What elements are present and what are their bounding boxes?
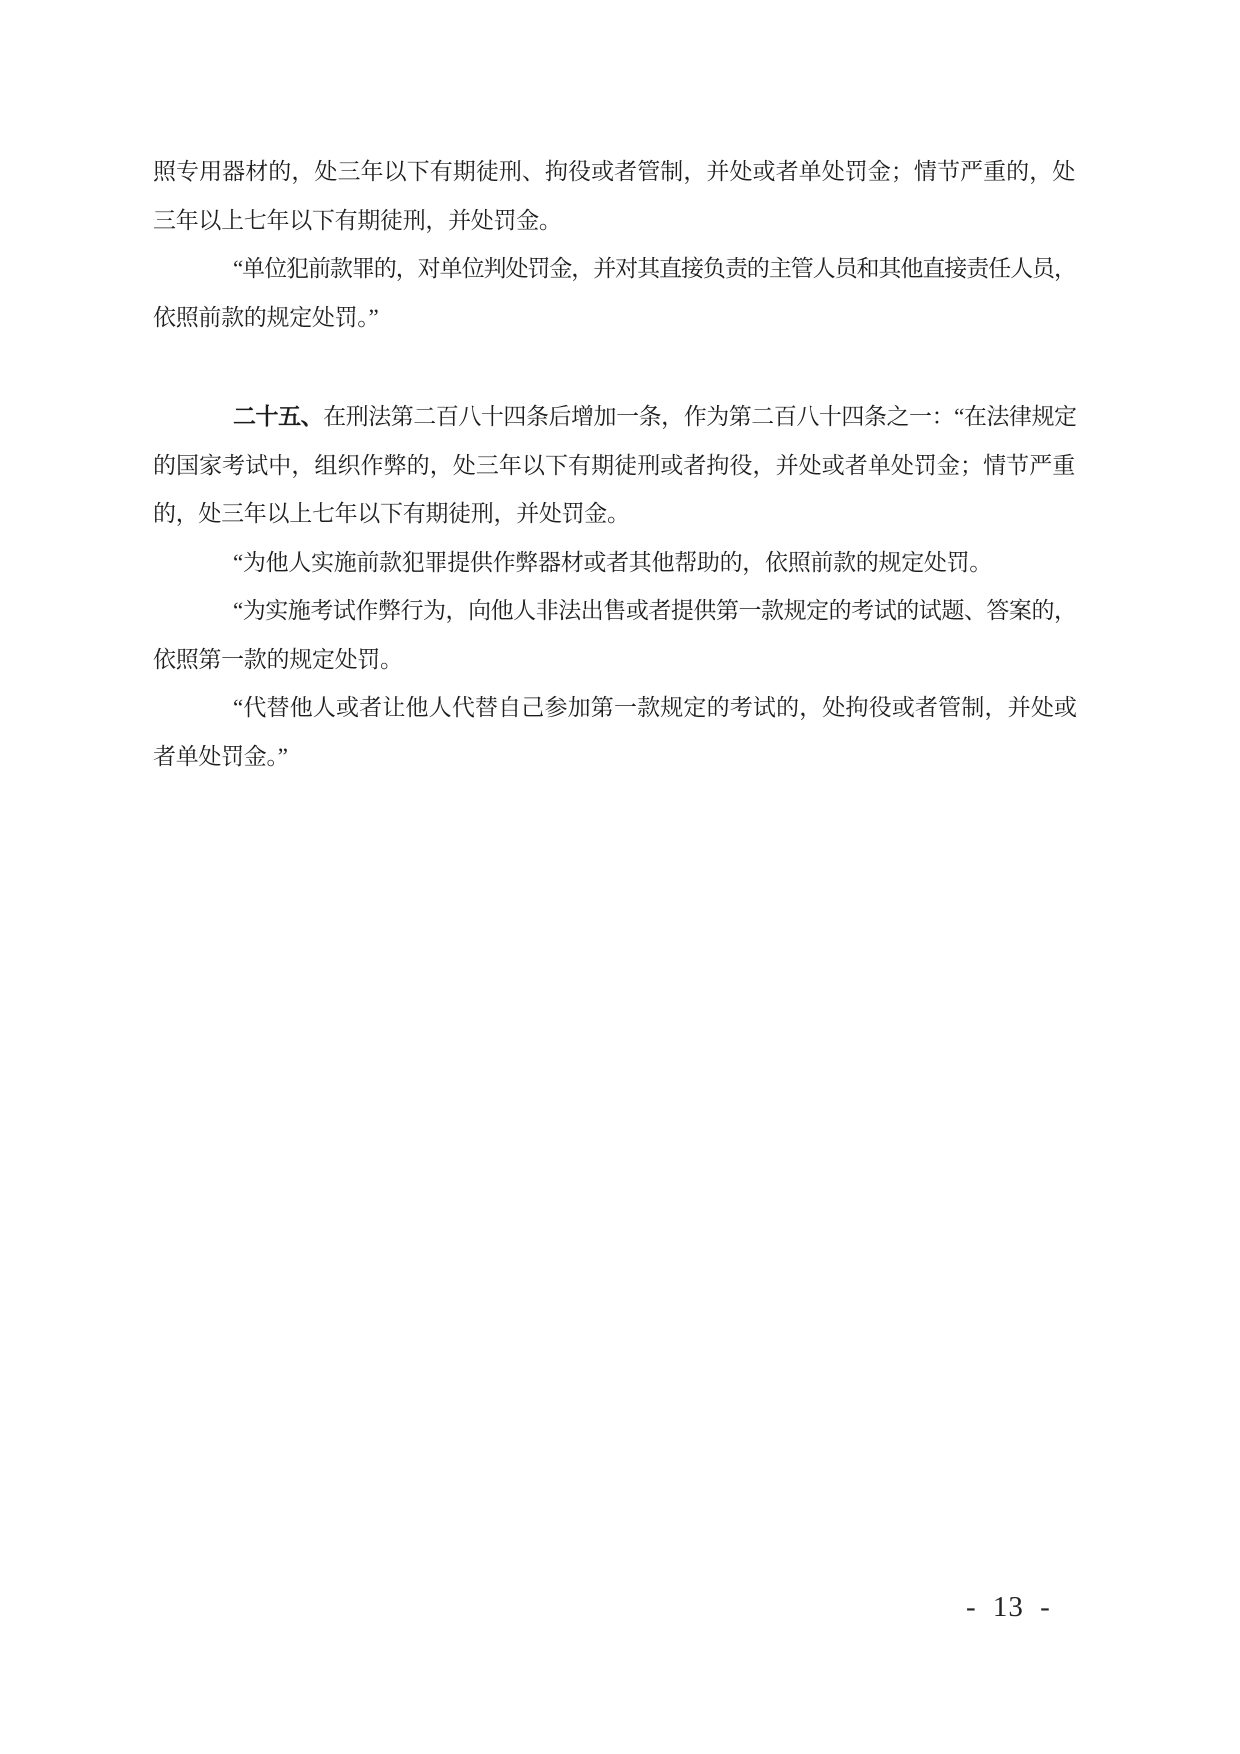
text-line: “代替他人或者让他人代替自己参加第一款规定的考试的，处拘役或者管制，并处或 <box>153 684 1075 733</box>
text-line: 的国家考试中，组织作弊的，处三年以下有期徒刑或者拘役，并处或者单处罚金；情节严重 <box>153 442 1075 491</box>
text-line: “单位犯前款罪的，对单位判处罚金，并对其直接负责的主管人员和其他直接责任人员， <box>153 245 1075 294</box>
text-line: 依照前款的规定处罚。” <box>153 294 1075 343</box>
document-page: 照专用器材的，处三年以下有期徒刑、拘役或者管制，并处或者单处罚金；情节严重的，处… <box>0 0 1240 1754</box>
text-line: 者单处罚金。” <box>153 733 1075 782</box>
text-line: 的，处三年以上七年以下有期徒刑，并处罚金。 <box>153 490 1075 539</box>
text-line: 依照第一款的规定处罚。 <box>153 636 1075 685</box>
text-line: “为他人实施前款犯罪提供作弊器材或者其他帮助的，依照前款的规定处罚。 <box>153 539 1075 588</box>
text-line: 二十五、在刑法第二百八十四条后增加一条，作为第二百八十四条之一：“在法律规定 <box>153 393 1075 442</box>
text-line: 照专用器材的，处三年以下有期徒刑、拘役或者管制，并处或者单处罚金；情节严重的，处 <box>153 148 1075 197</box>
section-number: 二十五、 <box>233 404 323 429</box>
text-line: “为实施考试作弊行为，向他人非法出售或者提供第一款规定的考试的试题、答案的， <box>153 587 1075 636</box>
document-body: 照专用器材的，处三年以下有期徒刑、拘役或者管制，并处或者单处罚金；情节严重的，处… <box>153 148 1075 781</box>
page-number: - 13 - <box>966 1591 1051 1623</box>
text-line: 三年以上七年以下有期徒刑，并处罚金。 <box>153 197 1075 246</box>
